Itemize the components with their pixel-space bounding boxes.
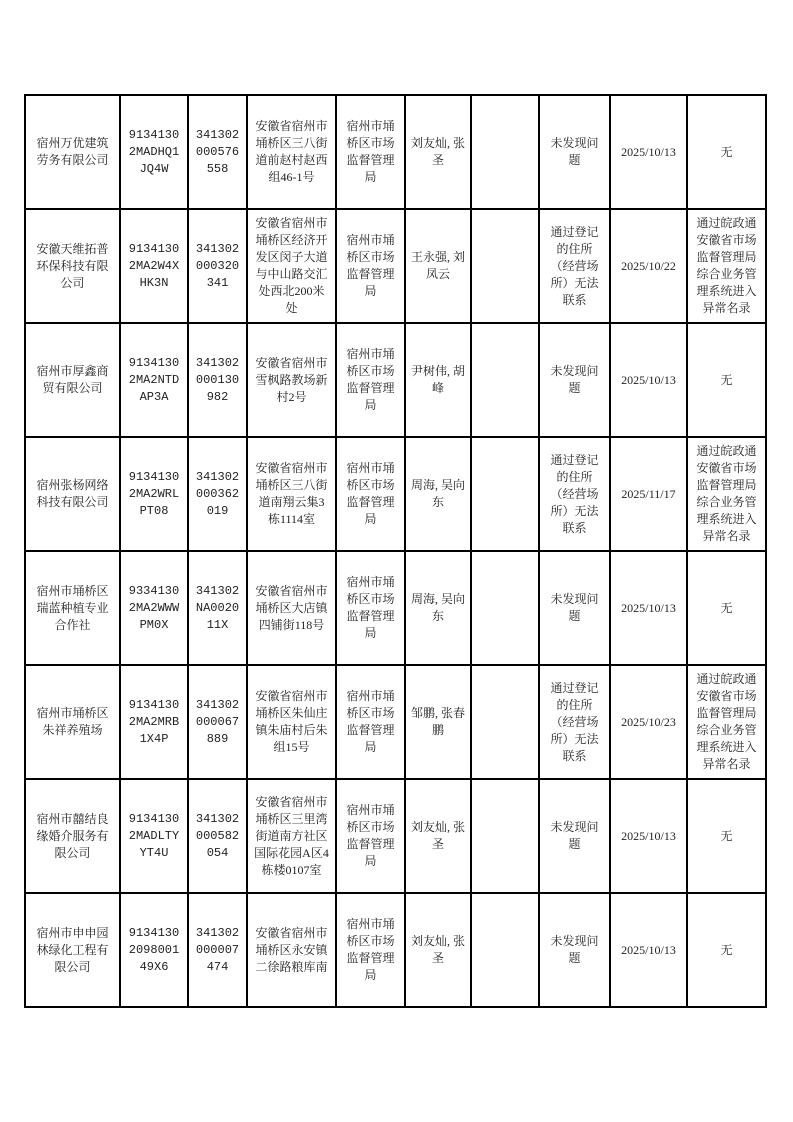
cell-inspection-date: 2025/10/13	[610, 95, 687, 209]
cell-result: 通过登记的住所（经营场所）无法联系	[539, 665, 610, 779]
cell-inspection-date: 2025/10/22	[610, 209, 687, 323]
cell-regulator: 宿州市埇桥区市场监督管理局	[336, 551, 405, 665]
cell-blank	[471, 323, 539, 437]
cell-registration-no: 341302000007474	[188, 893, 247, 1007]
cell-company-name: 宿州张杨网络科技有限公司	[25, 437, 120, 551]
cell-blank	[471, 437, 539, 551]
cell-inspectors: 刘友灿, 张圣	[405, 779, 471, 893]
table-row: 安徽天维拓普环保科技有限公司91341302MA2W4XHK3N34130200…	[25, 209, 766, 323]
cell-remark: 无	[687, 893, 766, 1007]
cell-address: 安徽省宿州市埇桥区大店镇四铺街118号	[247, 551, 336, 665]
cell-inspectors: 周海, 吴向东	[405, 551, 471, 665]
cell-inspection-date: 2025/10/13	[610, 779, 687, 893]
cell-result: 未发现问题	[539, 95, 610, 209]
cell-remark: 无	[687, 551, 766, 665]
cell-inspection-date: 2025/10/13	[610, 323, 687, 437]
cell-remark: 通过皖政通安徽省市场监督管理局综合业务管理系统进入异常名录	[687, 209, 766, 323]
cell-registration-no: 341302000130982	[188, 323, 247, 437]
cell-company-name: 宿州市申申园林绿化工程有限公司	[25, 893, 120, 1007]
cell-inspection-date: 2025/11/17	[610, 437, 687, 551]
cell-inspectors: 刘友灿, 张圣	[405, 893, 471, 1007]
cell-inspectors: 王永强, 刘凤云	[405, 209, 471, 323]
cell-blank	[471, 209, 539, 323]
cell-address: 安徽省宿州市埇桥区三八街道前赵村赵西组46-1号	[247, 95, 336, 209]
table-row: 宿州张杨网络科技有限公司91341302MA2WRLPT083413020003…	[25, 437, 766, 551]
cell-address: 安徽省宿州市埇桥区三里湾街道南方社区国际花园A区4栋楼0107室	[247, 779, 336, 893]
cell-registration-no: 341302000582054	[188, 779, 247, 893]
table-row: 宿州市厚鑫商贸有限公司91341302MA2NTDAP3A34130200013…	[25, 323, 766, 437]
cell-registration-no: 341302NA002011X	[188, 551, 247, 665]
cell-credit-code: 91341302MA2MRB1X4P	[120, 665, 188, 779]
cell-result: 未发现问题	[539, 551, 610, 665]
cell-credit-code: 91341302MADHQ1JQ4W	[120, 95, 188, 209]
cell-remark: 无	[687, 779, 766, 893]
cell-regulator: 宿州市埇桥区市场监督管理局	[336, 779, 405, 893]
cell-address: 安徽省宿州市埇桥区经济开发区闵子大道与中山路交汇处西北200米处	[247, 209, 336, 323]
cell-registration-no: 341302000320341	[188, 209, 247, 323]
cell-registration-no: 341302000576558	[188, 95, 247, 209]
cell-result: 未发现问题	[539, 893, 610, 1007]
cell-company-name: 宿州万优建筑劳务有限公司	[25, 95, 120, 209]
table-body: 宿州万优建筑劳务有限公司91341302MADHQ1JQ4W3413020005…	[25, 95, 766, 1007]
cell-result: 通过登记的住所（经营场所）无法联系	[539, 437, 610, 551]
table-row: 宿州万优建筑劳务有限公司91341302MADHQ1JQ4W3413020005…	[25, 95, 766, 209]
cell-inspectors: 刘友灿, 张圣	[405, 95, 471, 209]
cell-regulator: 宿州市埇桥区市场监督管理局	[336, 323, 405, 437]
cell-address: 安徽省宿州市埇桥区三八街道南翔云集3栋1114室	[247, 437, 336, 551]
cell-company-name: 宿州市厚鑫商贸有限公司	[25, 323, 120, 437]
cell-credit-code: 91341302MADLTYYT4U	[120, 779, 188, 893]
cell-credit-code: 91341302MA2W4XHK3N	[120, 209, 188, 323]
cell-inspectors: 周海, 吴向东	[405, 437, 471, 551]
document-page: 宿州万优建筑劳务有限公司91341302MADHQ1JQ4W3413020005…	[0, 0, 793, 1122]
cell-inspectors: 邹鹏, 张春鹏	[405, 665, 471, 779]
cell-blank	[471, 665, 539, 779]
cell-remark: 通过皖政通安徽省市场监督管理局综合业务管理系统进入异常名录	[687, 665, 766, 779]
cell-result: 未发现问题	[539, 779, 610, 893]
cell-inspection-date: 2025/10/13	[610, 551, 687, 665]
table-row: 宿州市埇桥区朱祥养殖场91341302MA2MRB1X4P34130200006…	[25, 665, 766, 779]
inspection-results-table: 宿州万优建筑劳务有限公司91341302MADHQ1JQ4W3413020005…	[24, 94, 767, 1008]
cell-address: 安徽省宿州市埇桥区永安镇二徐路粮库南	[247, 893, 336, 1007]
cell-regulator: 宿州市埇桥区市场监督管理局	[336, 209, 405, 323]
cell-inspectors: 尹树伟, 胡峰	[405, 323, 471, 437]
cell-remark: 通过皖政通安徽省市场监督管理局综合业务管理系统进入异常名录	[687, 437, 766, 551]
cell-address: 安徽省宿州市雪枫路教场新村2号	[247, 323, 336, 437]
cell-remark: 无	[687, 323, 766, 437]
cell-company-name: 宿州市埇桥区瑞蓝种植专业合作社	[25, 551, 120, 665]
cell-credit-code: 91341302MA2WRLPT08	[120, 437, 188, 551]
cell-regulator: 宿州市埇桥区市场监督管理局	[336, 893, 405, 1007]
cell-regulator: 宿州市埇桥区市场监督管理局	[336, 437, 405, 551]
cell-credit-code: 91341302MA2NTDAP3A	[120, 323, 188, 437]
cell-credit-code: 9134130209800149X6	[120, 893, 188, 1007]
cell-inspection-date: 2025/10/13	[610, 893, 687, 1007]
table-row: 宿州市囍结良缘婚介服务有限公司91341302MADLTYYT4U3413020…	[25, 779, 766, 893]
cell-blank	[471, 779, 539, 893]
cell-credit-code: 93341302MA2WWWPM0X	[120, 551, 188, 665]
table-row: 宿州市申申园林绿化工程有限公司9134130209800149X63413020…	[25, 893, 766, 1007]
cell-blank	[471, 551, 539, 665]
cell-blank	[471, 893, 539, 1007]
cell-result: 通过登记的住所（经营场所）无法联系	[539, 209, 610, 323]
table-row: 宿州市埇桥区瑞蓝种植专业合作社93341302MA2WWWPM0X341302N…	[25, 551, 766, 665]
cell-regulator: 宿州市埇桥区市场监督管理局	[336, 95, 405, 209]
cell-blank	[471, 95, 539, 209]
cell-registration-no: 341302000067889	[188, 665, 247, 779]
cell-address: 安徽省宿州市埇桥区朱仙庄镇朱庙村后朱组15号	[247, 665, 336, 779]
cell-remark: 无	[687, 95, 766, 209]
cell-inspection-date: 2025/10/23	[610, 665, 687, 779]
cell-company-name: 安徽天维拓普环保科技有限公司	[25, 209, 120, 323]
cell-company-name: 宿州市囍结良缘婚介服务有限公司	[25, 779, 120, 893]
cell-regulator: 宿州市埇桥区市场监督管理局	[336, 665, 405, 779]
cell-company-name: 宿州市埇桥区朱祥养殖场	[25, 665, 120, 779]
cell-registration-no: 341302000362019	[188, 437, 247, 551]
cell-result: 未发现问题	[539, 323, 610, 437]
